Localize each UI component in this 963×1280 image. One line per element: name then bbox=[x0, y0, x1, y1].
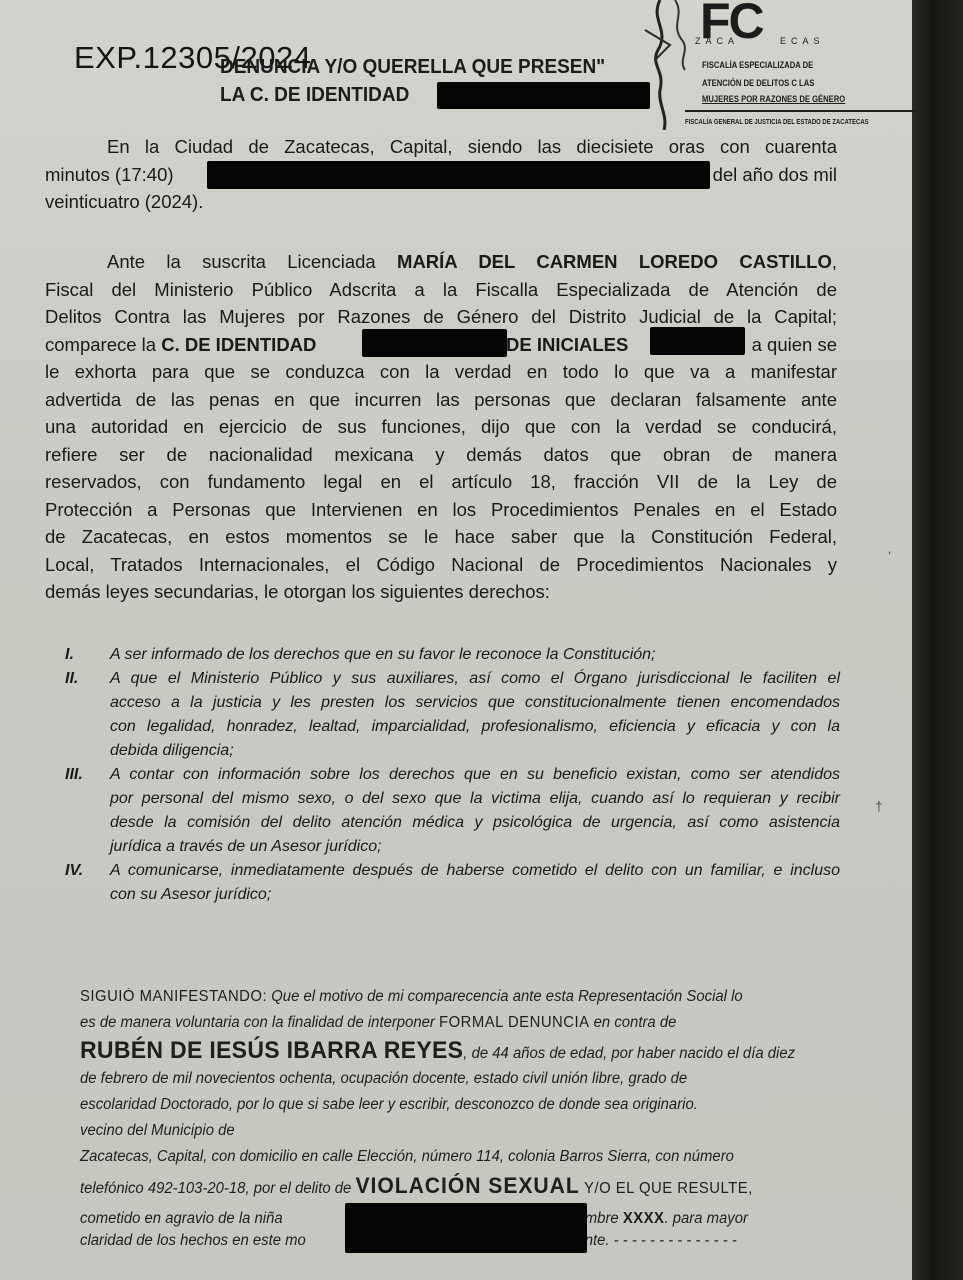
para-line-8: refiere ser de nacionalidad mexicana y d… bbox=[45, 441, 837, 469]
intro-line-3: veinticuatro (2024). bbox=[45, 188, 837, 216]
right-item: II. A que el Ministerio Público y sus au… bbox=[65, 667, 840, 763]
main-paragraph: Ante la suscrita Licenciada MARÍA DEL CA… bbox=[45, 248, 837, 606]
right-text: A que el Ministerio Público y sus auxili… bbox=[110, 667, 840, 691]
screen-bezel bbox=[912, 0, 963, 1280]
decl-line-6: vecino del Municipio de bbox=[80, 1118, 829, 1144]
right-text: desde la comisión del delito atención mé… bbox=[110, 811, 840, 835]
prosecutor-name: MARÍA DEL CARMEN LOREDO CASTILLO bbox=[397, 251, 832, 272]
decl-line-3: RUBÉN DE IESÚS IBARRA REYES, de 44 años … bbox=[80, 1036, 829, 1066]
smudge-mark: † bbox=[875, 798, 883, 814]
right-item: I. A ser informado de los derechos que e… bbox=[65, 643, 840, 667]
decl-line-2: es de manera voluntaria con la finalidad… bbox=[80, 1010, 829, 1036]
logo-sub-left: ZACA bbox=[695, 36, 739, 46]
right-text: A comunicarse, inmediatamente después de… bbox=[110, 859, 840, 883]
initials-label: DE INICIALES bbox=[506, 331, 628, 359]
right-text: con legalidad, honradez, lealtad, imparc… bbox=[110, 715, 840, 739]
para-line-6: advertida de las penas en que incurren l… bbox=[45, 386, 837, 414]
redacted-date bbox=[207, 161, 710, 189]
decl-line-1: SIGUIÓ MANIFESTANDO: Que el motivo de mi… bbox=[80, 984, 829, 1010]
decl-line-5: escolaridad Doctorado, por lo que si sab… bbox=[80, 1092, 829, 1118]
right-item: III. A contar con información sobre los … bbox=[65, 763, 840, 859]
document-subtitle: LA C. DE IDENTIDAD bbox=[220, 84, 409, 107]
right-text: acceso a la justicia y les presten los s… bbox=[110, 691, 840, 715]
logo-agency-line3: MUJERES POR RAZONES DE GÉNERO bbox=[702, 94, 845, 104]
crime-label: VIOLACIÓN SEXUAL bbox=[355, 1173, 579, 1198]
logo-agency-line2: ATENCIÓN DE DELITOS C LAS bbox=[702, 78, 814, 88]
para-line-9: reservados, con fundamento legal en el a… bbox=[45, 468, 837, 496]
right-text: A ser informado de los derechos que en s… bbox=[110, 643, 840, 667]
para-line-5: le exhorta para que se conduzca con la v… bbox=[45, 358, 837, 386]
right-number: II. bbox=[65, 667, 78, 691]
right-number: I. bbox=[65, 643, 74, 667]
redacted-identity-2 bbox=[362, 329, 507, 357]
redacted-identity bbox=[437, 82, 650, 109]
agency-logo: FC ZACA ECAS FISCALÍA ESPECIALIZADA DE A… bbox=[640, 0, 915, 132]
right-item: IV. A comunicarse, inmediatamente despué… bbox=[65, 859, 840, 907]
intro-line-1: En la Ciudad de Zacatecas, Capital, sien… bbox=[45, 133, 837, 161]
para-line-12: Local, Tratados Internacionales, el Códi… bbox=[45, 551, 837, 579]
right-text: jurídica a través de un Asesor jurídico; bbox=[110, 835, 840, 859]
logo-divider bbox=[685, 110, 915, 112]
intro-time: minutos (17:40) bbox=[45, 164, 174, 185]
para-line-10: Protección a Personas que Intervienen en… bbox=[45, 496, 837, 524]
right-text: con su Asesor jurídico; bbox=[110, 883, 840, 907]
right-number: IV. bbox=[65, 859, 83, 883]
accused-name: RUBÉN DE IESÚS IBARRA REYES bbox=[80, 1037, 463, 1064]
para-line-11: de Zacatecas, en estos momentos se le ha… bbox=[45, 523, 837, 551]
redacted-initials bbox=[650, 327, 745, 355]
identity-label: C. DE IDENTIDAD bbox=[161, 334, 316, 355]
right-number: III. bbox=[65, 763, 83, 787]
para-line-13: demás leyes secundarias, le otorgan los … bbox=[45, 578, 837, 606]
right-text: debida diligencia; bbox=[110, 739, 840, 763]
logo-sub-right: ECAS bbox=[780, 36, 825, 46]
decl-line-8: telefónico 492-103-20-18, por el delito … bbox=[80, 1170, 829, 1202]
document-title: DENUNCIA Y/O QUERELLA QUE PRESEN" bbox=[220, 56, 605, 79]
para-line-1: Ante la suscrita Licenciada MARÍA DEL CA… bbox=[45, 248, 837, 276]
rights-list: I. A ser informado de los derechos que e… bbox=[65, 643, 840, 907]
right-text: por personal del mismo sexo, o del sexo … bbox=[110, 787, 840, 811]
right-text: A contar con información sobre los derec… bbox=[110, 763, 840, 787]
para-line-7: una autoridad en ejercicio de sus funcio… bbox=[45, 413, 837, 441]
logo-agency-line4: FISCALÍA GENERAL DE JUSTICIA DEL ESTADO … bbox=[685, 119, 869, 126]
smudge-mark: ’ bbox=[888, 548, 891, 564]
redacted-victim bbox=[345, 1203, 587, 1253]
para-line-2: Fiscal del Ministerio Público Adscrita a… bbox=[45, 276, 837, 304]
decl-line-7: Zacatecas, Capital, con domicilio en cal… bbox=[80, 1144, 829, 1170]
logo-agency-line1: FISCALÍA ESPECIALIZADA DE bbox=[702, 60, 813, 70]
intro-year-text: del año dos mil bbox=[713, 161, 837, 189]
decl-line-4: de febrero de mil novecientos ochenta, o… bbox=[80, 1066, 829, 1092]
